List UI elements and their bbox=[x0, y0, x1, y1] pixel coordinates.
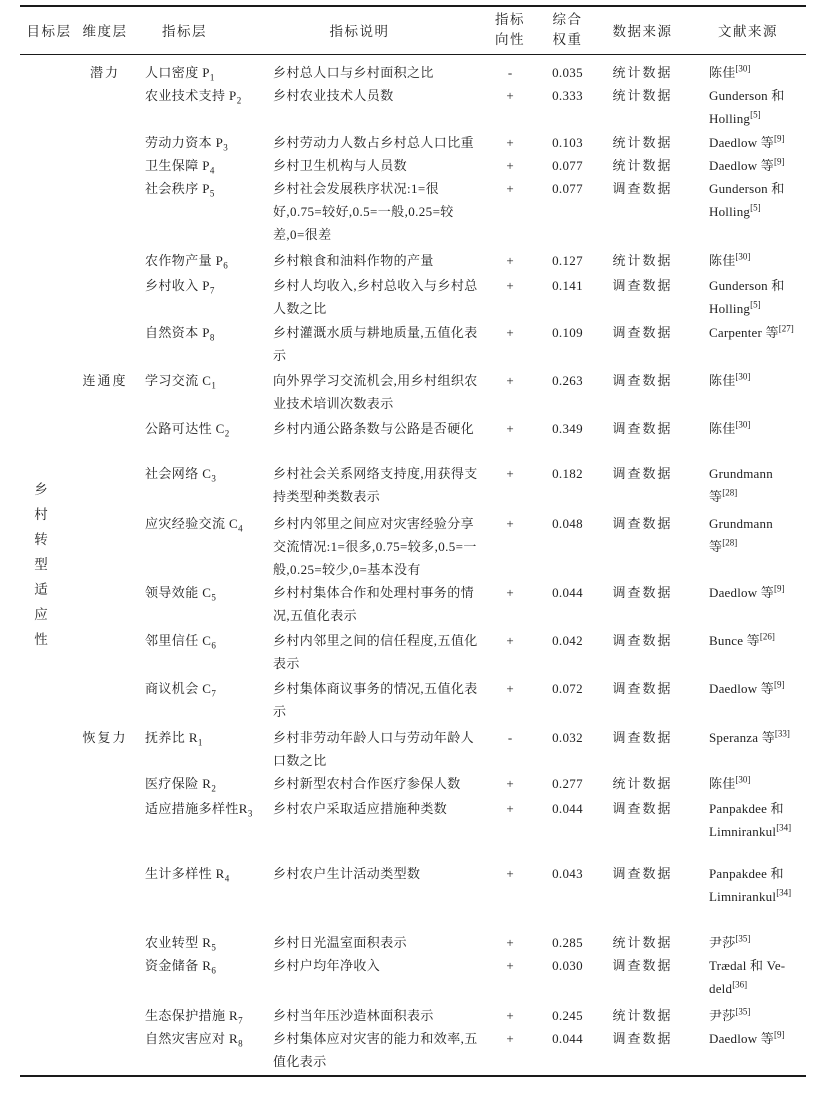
literature-line1: Daedlow 等[9] bbox=[709, 1027, 806, 1050]
indicator-text: 邻里信任 C bbox=[145, 633, 211, 648]
literature-line1: 陈佳[30] bbox=[709, 369, 806, 392]
literature-text1: 陈佳 bbox=[709, 776, 735, 791]
literature-text1: Panpakdee 和 bbox=[709, 801, 784, 816]
dimension-label bbox=[78, 249, 132, 274]
indicator-direction-value: + bbox=[480, 1004, 540, 1027]
target-column-spacer bbox=[20, 931, 78, 954]
literature-text1: Grundmann bbox=[709, 466, 773, 481]
indicator-table-wrapper: 目标层 维度层 指标层 指标说明 指标 向性 综合 权重 数据来源 文献来源 bbox=[20, 5, 806, 1077]
reference-superscript: [35] bbox=[735, 933, 750, 943]
composite-weight-value: 0.072 bbox=[540, 677, 595, 726]
reference-superscript: [28] bbox=[722, 487, 737, 497]
literature-line2: Holling[5] bbox=[709, 200, 806, 223]
reference-superscript: [34] bbox=[776, 887, 791, 897]
literature-text2: 等 bbox=[709, 489, 722, 504]
literature-line1: Speranza 等[33] bbox=[709, 726, 806, 749]
literature-line1: Daedlow 等[9] bbox=[709, 677, 806, 700]
literature-text1: 陈佳 bbox=[709, 421, 735, 436]
indicator-row: 适应措施多样性R3 乡村农户采取适应措施种类数 + 0.044 调查数据 Pan… bbox=[20, 797, 806, 862]
indicator-name: 领导效能 C5 bbox=[132, 581, 265, 629]
literature-source-value: Panpakdee 和 Limnirankul[34] bbox=[690, 862, 806, 931]
indicator-direction-value: + bbox=[480, 797, 540, 862]
data-source-value: 调查数据 bbox=[595, 462, 690, 512]
indicator-description: 乡村日光温室面积表示 bbox=[265, 931, 480, 954]
reference-superscript: [30] bbox=[735, 774, 750, 784]
header-literature-source: 文献来源 bbox=[690, 6, 806, 54]
indicator-direction-value: + bbox=[480, 417, 540, 462]
literature-text2: Holling bbox=[709, 204, 750, 219]
indicator-text: 自然灾害应对 R bbox=[145, 1031, 238, 1046]
indicator-name: 农业技术支持 P2 bbox=[132, 84, 265, 131]
data-source-value: 调查数据 bbox=[595, 954, 690, 1004]
indicator-direction-value: + bbox=[480, 512, 540, 581]
literature-line1: Gunderson 和 bbox=[709, 84, 806, 107]
indicator-text: 社会秩序 P bbox=[145, 181, 210, 196]
indicator-subscript: 3 bbox=[248, 808, 253, 818]
data-source-value: 调查数据 bbox=[595, 177, 690, 249]
header-data-source: 数据来源 bbox=[595, 6, 690, 54]
indicator-text: 农业技术支持 P bbox=[145, 88, 237, 103]
indicator-subscript: 8 bbox=[238, 1038, 243, 1048]
data-source-value: 统计数据 bbox=[595, 84, 690, 131]
indicator-subscript: 4 bbox=[225, 873, 230, 883]
data-source-value: 调查数据 bbox=[595, 417, 690, 462]
literature-line1: Panpakdee 和 bbox=[709, 862, 806, 885]
data-source-value: 调查数据 bbox=[595, 1027, 690, 1076]
composite-weight-value: 0.044 bbox=[540, 1027, 595, 1076]
target-column-spacer bbox=[20, 677, 78, 726]
data-source-value: 调查数据 bbox=[595, 581, 690, 629]
literature-text1: Carpenter 等 bbox=[709, 325, 779, 340]
indicator-description: 乡村社会关系网络支持度,用获得支持类型种类数表示 bbox=[265, 462, 480, 512]
header-target-layer: 目标层 bbox=[20, 6, 78, 54]
header-row: 目标层 维度层 指标层 指标说明 指标 向性 综合 权重 数据来源 文献来源 bbox=[20, 6, 806, 54]
indicator-direction-value: + bbox=[480, 772, 540, 797]
literature-text2: Holling bbox=[709, 111, 750, 126]
indicator-subscript: 1 bbox=[198, 737, 203, 747]
literature-source-value: 陈佳[30] bbox=[690, 249, 806, 274]
indicator-subscript: 7 bbox=[238, 1015, 243, 1025]
literature-source-value: 尹莎[35] bbox=[690, 931, 806, 954]
literature-source-value: Daedlow 等[9] bbox=[690, 131, 806, 154]
literature-text1: 陈佳 bbox=[709, 373, 735, 388]
indicator-name: 商议机会 C7 bbox=[132, 677, 265, 726]
literature-line2: Holling[5] bbox=[709, 297, 806, 320]
target-column-spacer bbox=[20, 862, 78, 931]
indicator-row: 社会秩序 P5 乡村社会发展秩序状况:1=很好,0.75=较好,0.5=一般,0… bbox=[20, 177, 806, 249]
indicator-name: 抚养比 R1 bbox=[132, 726, 265, 772]
literature-text1: Bunce 等 bbox=[709, 633, 760, 648]
composite-weight-value: 0.044 bbox=[540, 797, 595, 862]
dimension-text: 连通度 bbox=[82, 373, 127, 388]
indicator-subscript: 5 bbox=[210, 188, 215, 198]
data-source-value: 调查数据 bbox=[595, 512, 690, 581]
indicator-subscript: 3 bbox=[223, 142, 228, 152]
indicator-direction-value: - bbox=[480, 726, 540, 772]
literature-text1: Panpakdee 和 bbox=[709, 866, 784, 881]
reference-superscript: [35] bbox=[735, 1006, 750, 1016]
indicator-description: 乡村灌溉水质与耕地质量,五值化表示 bbox=[265, 321, 480, 369]
composite-weight-value: 0.035 bbox=[540, 54, 595, 84]
dimension-label bbox=[78, 321, 132, 369]
target-column-spacer bbox=[20, 131, 78, 154]
literature-text1: Gunderson 和 bbox=[709, 278, 785, 293]
indicator-subscript: 2 bbox=[211, 783, 216, 793]
literature-text1: Daedlow 等 bbox=[709, 1031, 774, 1046]
indicator-description: 乡村村集体合作和处理村事务的情况,五值化表示 bbox=[265, 581, 480, 629]
composite-weight-value: 0.349 bbox=[540, 417, 595, 462]
indicator-text: 医疗保险 R bbox=[145, 776, 211, 791]
literature-source-value: Daedlow 等[9] bbox=[690, 1027, 806, 1076]
indicator-text: 商议机会 C bbox=[145, 681, 211, 696]
indicator-subscript: 1 bbox=[210, 72, 215, 82]
composite-weight-value: 0.263 bbox=[540, 369, 595, 417]
indicator-direction-value: + bbox=[480, 629, 540, 677]
literature-text1: 陈佳 bbox=[709, 253, 735, 268]
dimension-label bbox=[78, 131, 132, 154]
literature-line1: 陈佳[30] bbox=[709, 417, 806, 440]
composite-weight-value: 0.044 bbox=[540, 581, 595, 629]
indicator-description: 乡村内通公路条数与公路是否硬化 bbox=[265, 417, 480, 462]
indicator-row: 领导效能 C5 乡村村集体合作和处理村事务的情况,五值化表示 + 0.044 调… bbox=[20, 581, 806, 629]
dimension-label bbox=[78, 462, 132, 512]
reference-superscript: [5] bbox=[750, 299, 761, 309]
header-composite-weight: 综合 权重 bbox=[540, 6, 595, 54]
composite-weight-value: 0.141 bbox=[540, 274, 595, 321]
data-source-value: 统计数据 bbox=[595, 154, 690, 177]
indicator-subscript: 1 bbox=[211, 380, 216, 390]
header-indicator-direction: 指标 向性 bbox=[480, 6, 540, 54]
indicator-text: 社会网络 C bbox=[145, 466, 211, 481]
indicator-row: 农业技术支持 P2 乡村农业技术人员数 + 0.333 统计数据 Gunders… bbox=[20, 84, 806, 131]
header-dimension-layer: 维度层 bbox=[78, 6, 132, 54]
indicator-direction-value: + bbox=[480, 154, 540, 177]
literature-text1: Daedlow 等 bbox=[709, 158, 774, 173]
indicator-description: 乡村农户采取适应措施种类数 bbox=[265, 797, 480, 862]
literature-source-value: Speranza 等[33] bbox=[690, 726, 806, 772]
indicator-row: 劳动力资本 P3 乡村劳动力人数占乡村总人口比重 + 0.103 统计数据 Da… bbox=[20, 131, 806, 154]
dimension-label bbox=[78, 862, 132, 931]
indicator-description: 乡村社会发展秩序状况:1=很好,0.75=较好,0.5=一般,0.25=较差,0… bbox=[265, 177, 480, 249]
indicator-name: 资金储备 R6 bbox=[132, 954, 265, 1004]
literature-line2: deld[36] bbox=[709, 977, 806, 1000]
literature-source-value: Gunderson 和 Holling[5] bbox=[690, 274, 806, 321]
literature-source-value: Trædal 和 Ve- deld[36] bbox=[690, 954, 806, 1004]
indicator-description: 向外界学习交流机会,用乡村组织农业技术培训次数表示 bbox=[265, 369, 480, 417]
target-column-spacer bbox=[20, 84, 78, 131]
composite-weight-value: 0.042 bbox=[540, 629, 595, 677]
literature-text2: Limnirankul bbox=[709, 889, 776, 904]
indicator-description: 乡村农业技术人员数 bbox=[265, 84, 480, 131]
indicator-name: 乡村收入 P7 bbox=[132, 274, 265, 321]
literature-line2: Holling[5] bbox=[709, 107, 806, 130]
dimension-label bbox=[78, 1004, 132, 1027]
target-layer-label: 乡村转型适应性 bbox=[24, 482, 54, 657]
indicator-row: 农业转型 R5 乡村日光温室面积表示 + 0.285 统计数据 尹莎[35] bbox=[20, 931, 806, 954]
literature-text2: 等 bbox=[709, 539, 722, 554]
indicator-subscript: 4 bbox=[210, 165, 215, 175]
indicator-text: 领导效能 C bbox=[145, 585, 211, 600]
dimension-label bbox=[78, 84, 132, 131]
literature-source-value: Bunce 等[26] bbox=[690, 629, 806, 677]
header-indicator-description: 指标说明 bbox=[265, 6, 480, 54]
indicator-text: 卫生保障 P bbox=[145, 158, 210, 173]
indicator-description: 乡村户均年净收入 bbox=[265, 954, 480, 1004]
indicator-row: 资金储备 R6 乡村户均年净收入 + 0.030 调查数据 Trædal 和 V… bbox=[20, 954, 806, 1004]
indicator-subscript: 7 bbox=[211, 688, 216, 698]
indicator-row: 恢复力 抚养比 R1 乡村非劳动年龄人口与劳动年龄人口数之比 - 0.032 调… bbox=[20, 726, 806, 772]
target-column-spacer bbox=[20, 1004, 78, 1027]
dimension-label bbox=[78, 417, 132, 462]
indicator-subscript: 3 bbox=[211, 473, 216, 483]
literature-line1: Gunderson 和 bbox=[709, 177, 806, 200]
indicator-name: 公路可达性 C2 bbox=[132, 417, 265, 462]
indicator-row: 医疗保险 R2 乡村新型农村合作医疗参保人数 + 0.277 统计数据 陈佳[3… bbox=[20, 772, 806, 797]
indicator-direction-value: + bbox=[480, 931, 540, 954]
data-source-value: 调查数据 bbox=[595, 369, 690, 417]
paper-page: 目标层 维度层 指标层 指标说明 指标 向性 综合 权重 数据来源 文献来源 bbox=[0, 0, 826, 1096]
indicator-direction-value: + bbox=[480, 177, 540, 249]
literature-source-value: Grundmann 等[28] bbox=[690, 462, 806, 512]
indicator-subscript: 6 bbox=[211, 965, 216, 975]
literature-source-value: 陈佳[30] bbox=[690, 417, 806, 462]
composite-weight-value: 0.277 bbox=[540, 772, 595, 797]
reference-superscript: [5] bbox=[750, 109, 761, 119]
composite-weight-value: 0.127 bbox=[540, 249, 595, 274]
indicator-name: 社会秩序 P5 bbox=[132, 177, 265, 249]
literature-source-value: 陈佳[30] bbox=[690, 54, 806, 84]
indicator-text: 应灾经验交流 C bbox=[145, 516, 238, 531]
data-source-value: 统计数据 bbox=[595, 249, 690, 274]
indicator-subscript: 6 bbox=[223, 260, 228, 270]
literature-source-value: 尹莎[35] bbox=[690, 1004, 806, 1027]
reference-superscript: [30] bbox=[735, 371, 750, 381]
dimension-label bbox=[78, 629, 132, 677]
literature-text1: Gunderson 和 bbox=[709, 181, 785, 196]
reference-superscript: [5] bbox=[750, 202, 761, 212]
indicator-name: 生态保护措施 R7 bbox=[132, 1004, 265, 1027]
indicator-subscript: 5 bbox=[211, 592, 216, 602]
data-source-value: 统计数据 bbox=[595, 931, 690, 954]
header-direction-line2: 向性 bbox=[480, 30, 540, 50]
literature-source-value: Panpakdee 和 Limnirankul[34] bbox=[690, 797, 806, 862]
literature-line1: Bunce 等[26] bbox=[709, 629, 806, 652]
indicator-description: 乡村劳动力人数占乡村总人口比重 bbox=[265, 131, 480, 154]
indicator-description: 乡村集体应对灾害的能力和效率,五值化表示 bbox=[265, 1027, 480, 1076]
literature-text1: Speranza 等 bbox=[709, 730, 775, 745]
literature-text1: Daedlow 等 bbox=[709, 681, 774, 696]
indicator-name: 学习交流 C1 bbox=[132, 369, 265, 417]
indicator-text: 农作物产量 P bbox=[145, 253, 223, 268]
reference-superscript: [9] bbox=[774, 156, 785, 166]
literature-source-value: Carpenter 等[27] bbox=[690, 321, 806, 369]
dimension-label bbox=[78, 954, 132, 1004]
dimension-label bbox=[78, 154, 132, 177]
literature-line1: Daedlow 等[9] bbox=[709, 581, 806, 604]
literature-text2: deld bbox=[709, 981, 732, 996]
dimension-label bbox=[78, 1027, 132, 1076]
indicator-text: 劳动力资本 P bbox=[145, 135, 223, 150]
reference-superscript: [30] bbox=[735, 63, 750, 73]
reference-superscript: [30] bbox=[735, 419, 750, 429]
reference-superscript: [9] bbox=[774, 679, 785, 689]
data-source-value: 统计数据 bbox=[595, 772, 690, 797]
composite-weight-value: 0.182 bbox=[540, 462, 595, 512]
indicator-direction-value: + bbox=[480, 274, 540, 321]
indicator-description: 乡村新型农村合作医疗参保人数 bbox=[265, 772, 480, 797]
reference-superscript: [28] bbox=[722, 537, 737, 547]
literature-source-value: Daedlow 等[9] bbox=[690, 154, 806, 177]
literature-line1: Carpenter 等[27] bbox=[709, 321, 806, 344]
header-direction-line1: 指标 bbox=[480, 10, 540, 30]
literature-text1: 陈佳 bbox=[709, 65, 735, 80]
indicator-name: 农业转型 R5 bbox=[132, 931, 265, 954]
literature-line1: Trædal 和 Ve- bbox=[709, 954, 806, 977]
indicator-name: 生计多样性 R4 bbox=[132, 862, 265, 931]
indicator-description: 乡村当年压沙造林面积表示 bbox=[265, 1004, 480, 1027]
indicator-name: 医疗保险 R2 bbox=[132, 772, 265, 797]
header-weight-line2: 权重 bbox=[540, 30, 595, 50]
indicator-row: 邻里信任 C6 乡村内邻里之间的信任程度,五值化表示 + 0.042 调查数据 … bbox=[20, 629, 806, 677]
indicator-direction-value: + bbox=[480, 131, 540, 154]
literature-line1: Grundmann bbox=[709, 462, 806, 485]
literature-line1: Gunderson 和 bbox=[709, 274, 806, 297]
indicator-row: 乡村收入 P7 乡村人均收入,乡村总收入与乡村总人数之比 + 0.141 调查数… bbox=[20, 274, 806, 321]
indicator-row: 自然灾害应对 R8 乡村集体应对灾害的能力和效率,五值化表示 + 0.044 调… bbox=[20, 1027, 806, 1076]
indicator-name: 自然资本 P8 bbox=[132, 321, 265, 369]
literature-source-value: Daedlow 等[9] bbox=[690, 677, 806, 726]
indicator-description: 乡村粮食和油料作物的产量 bbox=[265, 249, 480, 274]
dimension-label: 连通度 bbox=[78, 369, 132, 417]
indicator-description: 乡村农户生计活动类型数 bbox=[265, 862, 480, 931]
indicator-direction-value: + bbox=[480, 321, 540, 369]
target-column-spacer bbox=[20, 1027, 78, 1076]
indicator-system-table: 目标层 维度层 指标层 指标说明 指标 向性 综合 权重 数据来源 文献来源 bbox=[20, 5, 806, 1077]
literature-line2: 等[28] bbox=[709, 485, 806, 508]
target-column-spacer bbox=[20, 54, 78, 84]
indicator-text: 抚养比 R bbox=[145, 730, 198, 745]
reference-superscript: [33] bbox=[775, 728, 790, 738]
header-indicator-layer: 指标层 bbox=[132, 6, 265, 54]
indicator-row: 商议机会 C7 乡村集体商议事务的情况,五值化表示 + 0.072 调查数据 D… bbox=[20, 677, 806, 726]
literature-line1: Daedlow 等[9] bbox=[709, 131, 806, 154]
data-source-value: 统计数据 bbox=[595, 131, 690, 154]
indicator-row: 卫生保障 P4 乡村卫生机构与人员数 + 0.077 统计数据 Daedlow … bbox=[20, 154, 806, 177]
composite-weight-value: 0.048 bbox=[540, 512, 595, 581]
indicator-subscript: 7 bbox=[210, 285, 215, 295]
composite-weight-value: 0.333 bbox=[540, 84, 595, 131]
composite-weight-value: 0.043 bbox=[540, 862, 595, 931]
target-column-spacer bbox=[20, 274, 78, 321]
indicator-subscript: 8 bbox=[210, 332, 215, 342]
literature-text1: 尹莎 bbox=[709, 1008, 735, 1023]
literature-source-value: Gunderson 和 Holling[5] bbox=[690, 84, 806, 131]
indicator-description: 乡村非劳动年龄人口与劳动年龄人口数之比 bbox=[265, 726, 480, 772]
indicator-text: 自然资本 P bbox=[145, 325, 210, 340]
indicator-name: 自然灾害应对 R8 bbox=[132, 1027, 265, 1076]
indicator-direction-value: + bbox=[480, 677, 540, 726]
dimension-label bbox=[78, 772, 132, 797]
indicator-name: 农作物产量 P6 bbox=[132, 249, 265, 274]
literature-text2: Limnirankul bbox=[709, 824, 776, 839]
indicator-direction-value: + bbox=[480, 462, 540, 512]
indicator-row: 生态保护措施 R7 乡村当年压沙造林面积表示 + 0.245 统计数据 尹莎[3… bbox=[20, 1004, 806, 1027]
literature-text2: Holling bbox=[709, 301, 750, 316]
literature-text1: Daedlow 等 bbox=[709, 135, 774, 150]
indicator-direction-value: + bbox=[480, 581, 540, 629]
composite-weight-value: 0.077 bbox=[540, 154, 595, 177]
literature-source-value: Grundmann 等[28] bbox=[690, 512, 806, 581]
literature-line1: Grundmann bbox=[709, 512, 806, 535]
dimension-text: 恢复力 bbox=[82, 730, 127, 745]
indicator-row: 连通度 学习交流 C1 向外界学习交流机会,用乡村组织农业技术培训次数表示 + … bbox=[20, 369, 806, 417]
indicator-text: 乡村收入 P bbox=[145, 278, 210, 293]
indicator-text: 农业转型 R bbox=[145, 935, 211, 950]
literature-source-value: Gunderson 和 Holling[5] bbox=[690, 177, 806, 249]
indicator-name: 劳动力资本 P3 bbox=[132, 131, 265, 154]
literature-source-value: Daedlow 等[9] bbox=[690, 581, 806, 629]
indicator-text: 生态保护措施 R bbox=[145, 1008, 238, 1023]
header-weight-line1: 综合 bbox=[540, 10, 595, 30]
literature-text1: Trædal 和 Ve- bbox=[709, 958, 785, 973]
reference-superscript: [9] bbox=[774, 583, 785, 593]
target-column-spacer bbox=[20, 726, 78, 772]
indicator-name: 应灾经验交流 C4 bbox=[132, 512, 265, 581]
literature-line2: Limnirankul[34] bbox=[709, 885, 806, 908]
indicator-text: 学习交流 C bbox=[145, 373, 211, 388]
indicator-row: 生计多样性 R4 乡村农户生计活动类型数 + 0.043 调查数据 Panpak… bbox=[20, 862, 806, 931]
indicator-row: 自然资本 P8 乡村灌溉水质与耕地质量,五值化表示 + 0.109 调查数据 C… bbox=[20, 321, 806, 369]
composite-weight-value: 0.245 bbox=[540, 1004, 595, 1027]
composite-weight-value: 0.077 bbox=[540, 177, 595, 249]
data-source-value: 调查数据 bbox=[595, 797, 690, 862]
dimension-label bbox=[78, 581, 132, 629]
indicator-text: 资金储备 R bbox=[145, 958, 211, 973]
dimension-label: 潜力 bbox=[78, 54, 132, 84]
literature-line1: 陈佳[30] bbox=[709, 249, 806, 272]
indicator-subscript: 2 bbox=[237, 95, 242, 105]
literature-line1: Panpakdee 和 bbox=[709, 797, 806, 820]
indicator-text: 生计多样性 R bbox=[145, 866, 225, 881]
dimension-label bbox=[78, 797, 132, 862]
reference-superscript: [27] bbox=[779, 323, 794, 333]
data-source-value: 调查数据 bbox=[595, 321, 690, 369]
literature-text1: Grundmann bbox=[709, 516, 773, 531]
composite-weight-value: 0.103 bbox=[540, 131, 595, 154]
data-source-value: 统计数据 bbox=[595, 1004, 690, 1027]
literature-source-value: 陈佳[30] bbox=[690, 772, 806, 797]
indicator-description: 乡村总人口与乡村面积之比 bbox=[265, 54, 480, 84]
data-source-value: 统计数据 bbox=[595, 54, 690, 84]
indicator-text: 公路可达性 C bbox=[145, 421, 225, 436]
dimension-text: 潜力 bbox=[90, 65, 120, 80]
composite-weight-value: 0.030 bbox=[540, 954, 595, 1004]
literature-line1: 尹莎[35] bbox=[709, 1004, 806, 1027]
dimension-label bbox=[78, 677, 132, 726]
indicator-direction-value: + bbox=[480, 249, 540, 274]
target-column-spacer bbox=[20, 177, 78, 249]
literature-line2: 等[28] bbox=[709, 535, 806, 558]
data-source-value: 调查数据 bbox=[595, 274, 690, 321]
target-column-spacer bbox=[20, 954, 78, 1004]
indicator-name: 人口密度 P1 bbox=[132, 54, 265, 84]
data-source-value: 调查数据 bbox=[595, 726, 690, 772]
data-source-value: 调查数据 bbox=[595, 629, 690, 677]
indicator-description: 乡村人均收入,乡村总收入与乡村总人数之比 bbox=[265, 274, 480, 321]
literature-line1: 陈佳[30] bbox=[709, 61, 806, 84]
indicator-description: 乡村集体商议事务的情况,五值化表示 bbox=[265, 677, 480, 726]
target-column-spacer bbox=[20, 154, 78, 177]
